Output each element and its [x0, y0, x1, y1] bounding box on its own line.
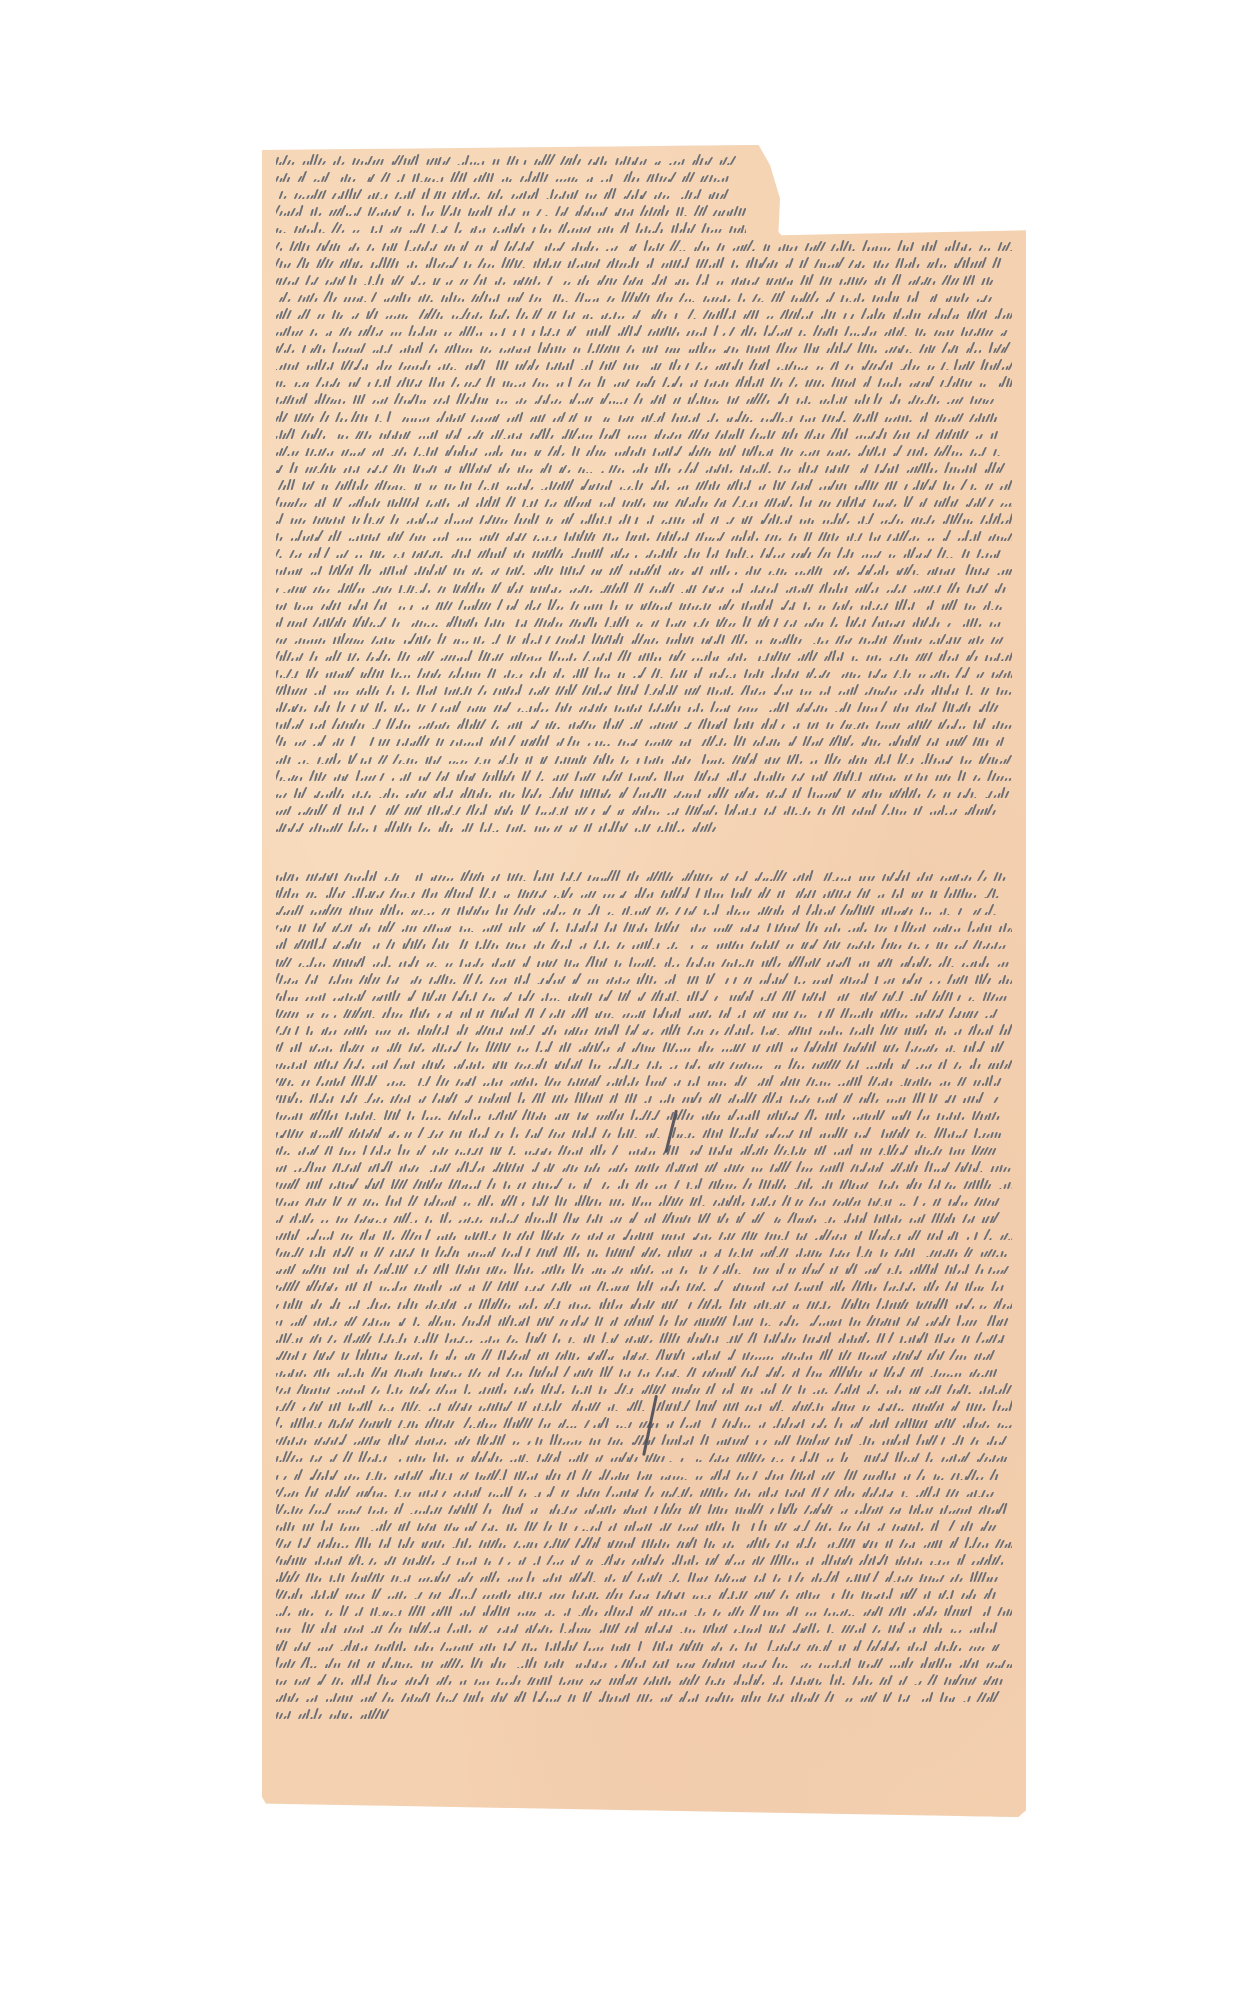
handwritten-line [276, 920, 1012, 932]
handwritten-line [276, 358, 1012, 370]
handwritten-line [276, 1040, 1012, 1052]
handwritten-line [276, 307, 1012, 319]
handwritten-line [276, 1365, 1012, 1377]
handwritten-line [276, 1262, 1012, 1274]
handwritten-line [276, 1604, 1012, 1616]
handwritten-line [276, 375, 1012, 387]
handwritten-line [276, 769, 1012, 781]
handwritten-line [276, 820, 732, 832]
handwritten-line [276, 273, 1012, 285]
handwritten-line [276, 153, 746, 165]
handwritten-line [276, 1279, 1012, 1291]
handwritten-line [276, 1502, 1012, 1514]
handwritten-line [276, 1057, 1012, 1069]
handwritten-line [276, 1297, 1012, 1309]
handwritten-line [276, 1194, 1012, 1206]
handwritten-line [276, 1468, 1012, 1480]
handwritten-line [276, 717, 1012, 729]
handwritten-line [276, 1245, 1012, 1257]
handwritten-line [276, 803, 1012, 815]
handwritten-line [276, 649, 1012, 661]
handwritten-line [276, 1416, 1012, 1428]
handwritten-line [276, 752, 1012, 764]
handwritten-line [276, 495, 1012, 507]
handwritten-line [276, 700, 1012, 712]
handwritten-line [276, 615, 1012, 627]
handwritten-line [276, 598, 1012, 610]
handwritten-line [276, 563, 1012, 575]
handwritten-line [276, 1006, 1012, 1018]
handwritten-line [276, 1382, 1012, 1394]
handwritten-line [276, 1656, 1012, 1668]
handwritten-line [276, 1570, 1012, 1582]
handwritten-line [276, 1126, 1012, 1138]
handwritten-line [276, 221, 746, 233]
handwritten-line [276, 1143, 1012, 1155]
handwritten-line [276, 392, 1012, 404]
handwritten-line [276, 239, 1012, 251]
handwritten-line [276, 341, 1012, 353]
handwritten-line [276, 1314, 1012, 1326]
handwritten-line [276, 581, 1012, 593]
handwritten-line [276, 786, 1012, 798]
handwritten-line [276, 1639, 1012, 1651]
handwritten-line [276, 972, 1012, 984]
handwritten-line [276, 1074, 1012, 1086]
handwritten-line [276, 324, 1012, 336]
handwritten-line [276, 886, 1012, 898]
handwritten-line [276, 204, 746, 216]
letter-page: [illegible handwritten text — paragraph … [262, 145, 1026, 1817]
handwritten-line [276, 1621, 1012, 1633]
handwritten-line [276, 1108, 1012, 1120]
handwritten-line [276, 256, 1012, 268]
handwritten-line [276, 546, 1012, 558]
handwritten-line [276, 632, 1012, 644]
handwritten-line [276, 1690, 1012, 1702]
handwritten-line [276, 1348, 1012, 1360]
handwritten-line [276, 427, 1012, 439]
handwritten-line [276, 1519, 1012, 1531]
handwritten-line [276, 170, 746, 182]
handwritten-line [276, 1228, 1012, 1240]
handwritten-line [276, 290, 1012, 302]
handwritten-line [276, 1160, 1012, 1172]
handwritten-line [276, 1091, 1012, 1103]
handwritten-line [276, 461, 1012, 473]
handwritten-line [276, 903, 1012, 915]
handwritten-line [276, 1553, 1012, 1565]
handwritten-line [276, 529, 1012, 541]
handwritten-line [276, 955, 1012, 967]
handwritten-line [276, 683, 1012, 695]
handwritten-line [276, 1331, 1012, 1343]
handwritten-line [276, 989, 1012, 1001]
handwritten-line [276, 512, 1012, 524]
handwritten-line [276, 1485, 1012, 1497]
handwritten-line [276, 666, 1012, 678]
handwritten-line [276, 187, 746, 199]
handwritten-line [276, 1673, 1012, 1685]
handwritten-line [276, 734, 1012, 746]
handwritten-line [276, 444, 1012, 456]
handwritten-line [276, 1707, 394, 1719]
handwritten-line [276, 1211, 1012, 1223]
handwritten-line [276, 410, 1012, 422]
handwritten-line [276, 1536, 1012, 1548]
handwritten-line [276, 1587, 1012, 1599]
handwritten-line [276, 937, 1012, 949]
handwritten-line [276, 869, 1012, 881]
handwritten-line [276, 1177, 1012, 1189]
handwritten-line [276, 1023, 1012, 1035]
handwritten-line [276, 1399, 1012, 1411]
handwritten-line [276, 478, 1012, 490]
